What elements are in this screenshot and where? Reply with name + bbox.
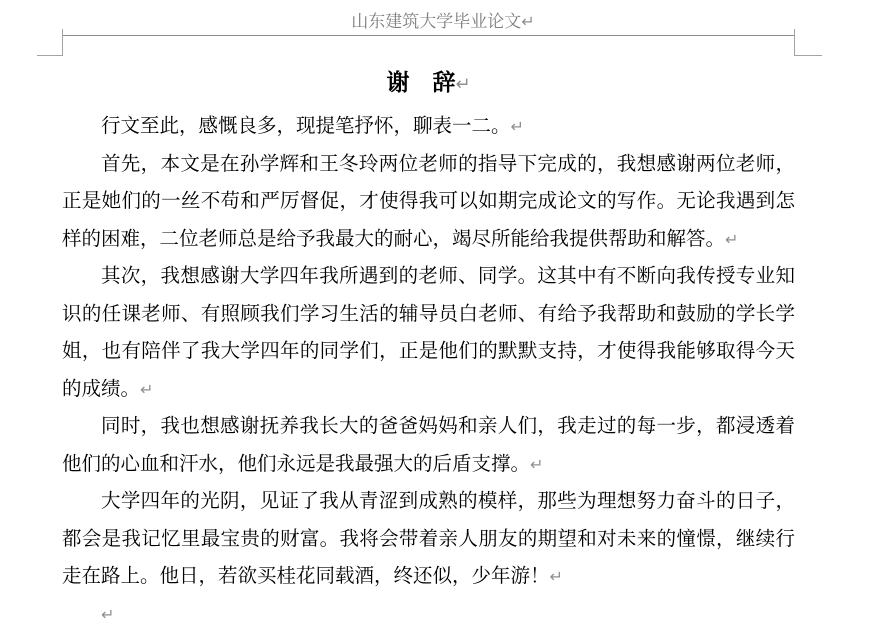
header-separator-line (62, 35, 795, 36)
document-page: 山东建筑大学毕业论文↵ 谢 辞↵ 行文至此，感慨良多，现提笔抒怀，聊表一二。↵ … (0, 0, 886, 636)
paragraph-2[interactable]: 首先，本文是在孙学辉和王冬玲两位老师的指导下完成的，我想感谢两位老师，正是她们的… (62, 146, 795, 259)
paragraph-5-text: 大学四年的光阴，见证了我从青涩到成熟的模样，那些为理想努力奋斗的日子，都会是我记… (62, 491, 795, 587)
text-boundary-mark-top-left-vertical (62, 29, 63, 56)
paragraph-4[interactable]: 同时，我也想感谢抚养我长大的爸爸妈妈和亲人们，我走过的每一步，都浸透着他们的心血… (62, 408, 795, 483)
text-boundary-mark-top-right-horizontal (794, 55, 822, 56)
paragraph-1[interactable]: 行文至此，感慨良多，现提笔抒怀，聊表一二。↵ (62, 108, 795, 146)
section-title[interactable]: 谢 辞↵ (62, 68, 795, 100)
header-text: 山东建筑大学毕业论文 (351, 12, 521, 31)
pilcrow-mark-icon: ↵ (101, 605, 114, 624)
paragraph-empty[interactable]: ↵ (62, 596, 795, 634)
pilcrow-mark-icon: ↵ (511, 117, 524, 136)
text-boundary-mark-top-left-horizontal (37, 55, 63, 56)
paragraph-5[interactable]: 大学四年的光阴，见证了我从青涩到成熟的模样，那些为理想努力奋斗的日子，都会是我记… (62, 483, 795, 596)
paragraph-1-text: 行文至此，感慨良多，现提笔抒怀，聊表一二。 (101, 116, 511, 137)
paragraph-4-text: 同时，我也想感谢抚养我长大的爸爸妈妈和亲人们，我走过的每一步，都浸透着他们的心血… (62, 416, 795, 475)
pilcrow-mark-icon: ↵ (521, 12, 534, 31)
pilcrow-mark-icon: ↵ (140, 380, 153, 399)
paragraph-3[interactable]: 其次，我想感谢大学四年我所遇到的老师、同学。这其中有不断向我传授专业知识的任课老… (62, 258, 795, 408)
paragraph-3-text: 其次，我想感谢大学四年我所遇到的老师、同学。这其中有不断向我传授专业知识的任课老… (62, 266, 795, 400)
document-body[interactable]: 谢 辞↵ 行文至此，感慨良多，现提笔抒怀，聊表一二。↵ 首先，本文是在孙学辉和王… (62, 62, 795, 633)
section-title-text: 谢 辞 (386, 70, 455, 95)
page-header[interactable]: 山东建筑大学毕业论文↵ (0, 9, 886, 35)
pilcrow-mark-icon: ↵ (530, 455, 543, 474)
pilcrow-mark-icon: ↵ (455, 74, 470, 95)
pilcrow-mark-icon: ↵ (725, 230, 738, 249)
paragraph-2-text: 首先，本文是在孙学辉和王冬玲两位老师的指导下完成的，我想感谢两位老师，正是她们的… (62, 154, 795, 250)
pilcrow-mark-icon: ↵ (550, 567, 563, 586)
text-boundary-mark-top-right-vertical (794, 29, 795, 56)
